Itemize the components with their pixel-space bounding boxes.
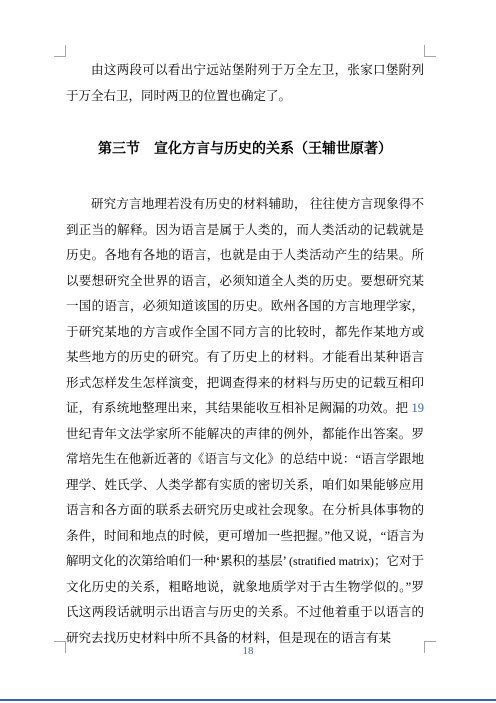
body-text-run: 研究方言地理若没有历史的材料辅助， 往往使方言现象得不到正当的解释。因为语言是属… <box>66 197 424 415</box>
century-number: 19 <box>412 401 425 415</box>
closing-paragraph: 由这两段可以看出宁远站堡附列于万全左卫，张家口堡附列于万全右卫，同时两卫的位置也… <box>66 57 424 109</box>
latin-term: (stratified matrix) <box>289 554 374 568</box>
body-text-run: 世纪青年文法学家所不能解决的声律的例外，都能作出答案。罗常培先生在他新近著的《语… <box>66 427 424 569</box>
margin-crop-mark-top-right <box>424 45 436 57</box>
margin-crop-mark-top-left <box>54 45 66 57</box>
document-page: 由这两段可以看出宁远站堡附列于万全左卫，张家口堡附列于万全右卫，同时两卫的位置也… <box>0 0 496 703</box>
window-bottom-edge <box>0 699 496 701</box>
text-area: 由这两段可以看出宁远站堡附列于万全左卫，张家口堡附列于万全右卫，同时两卫的位置也… <box>66 57 424 651</box>
section-heading: 第三节 宣化方言与历史的关系（王辅世原著） <box>66 137 424 163</box>
body-paragraph: 研究方言地理若没有历史的材料辅助， 往往使方言现象得不到正当的解释。因为语言是属… <box>66 192 424 651</box>
page-number: 18 <box>0 645 496 657</box>
